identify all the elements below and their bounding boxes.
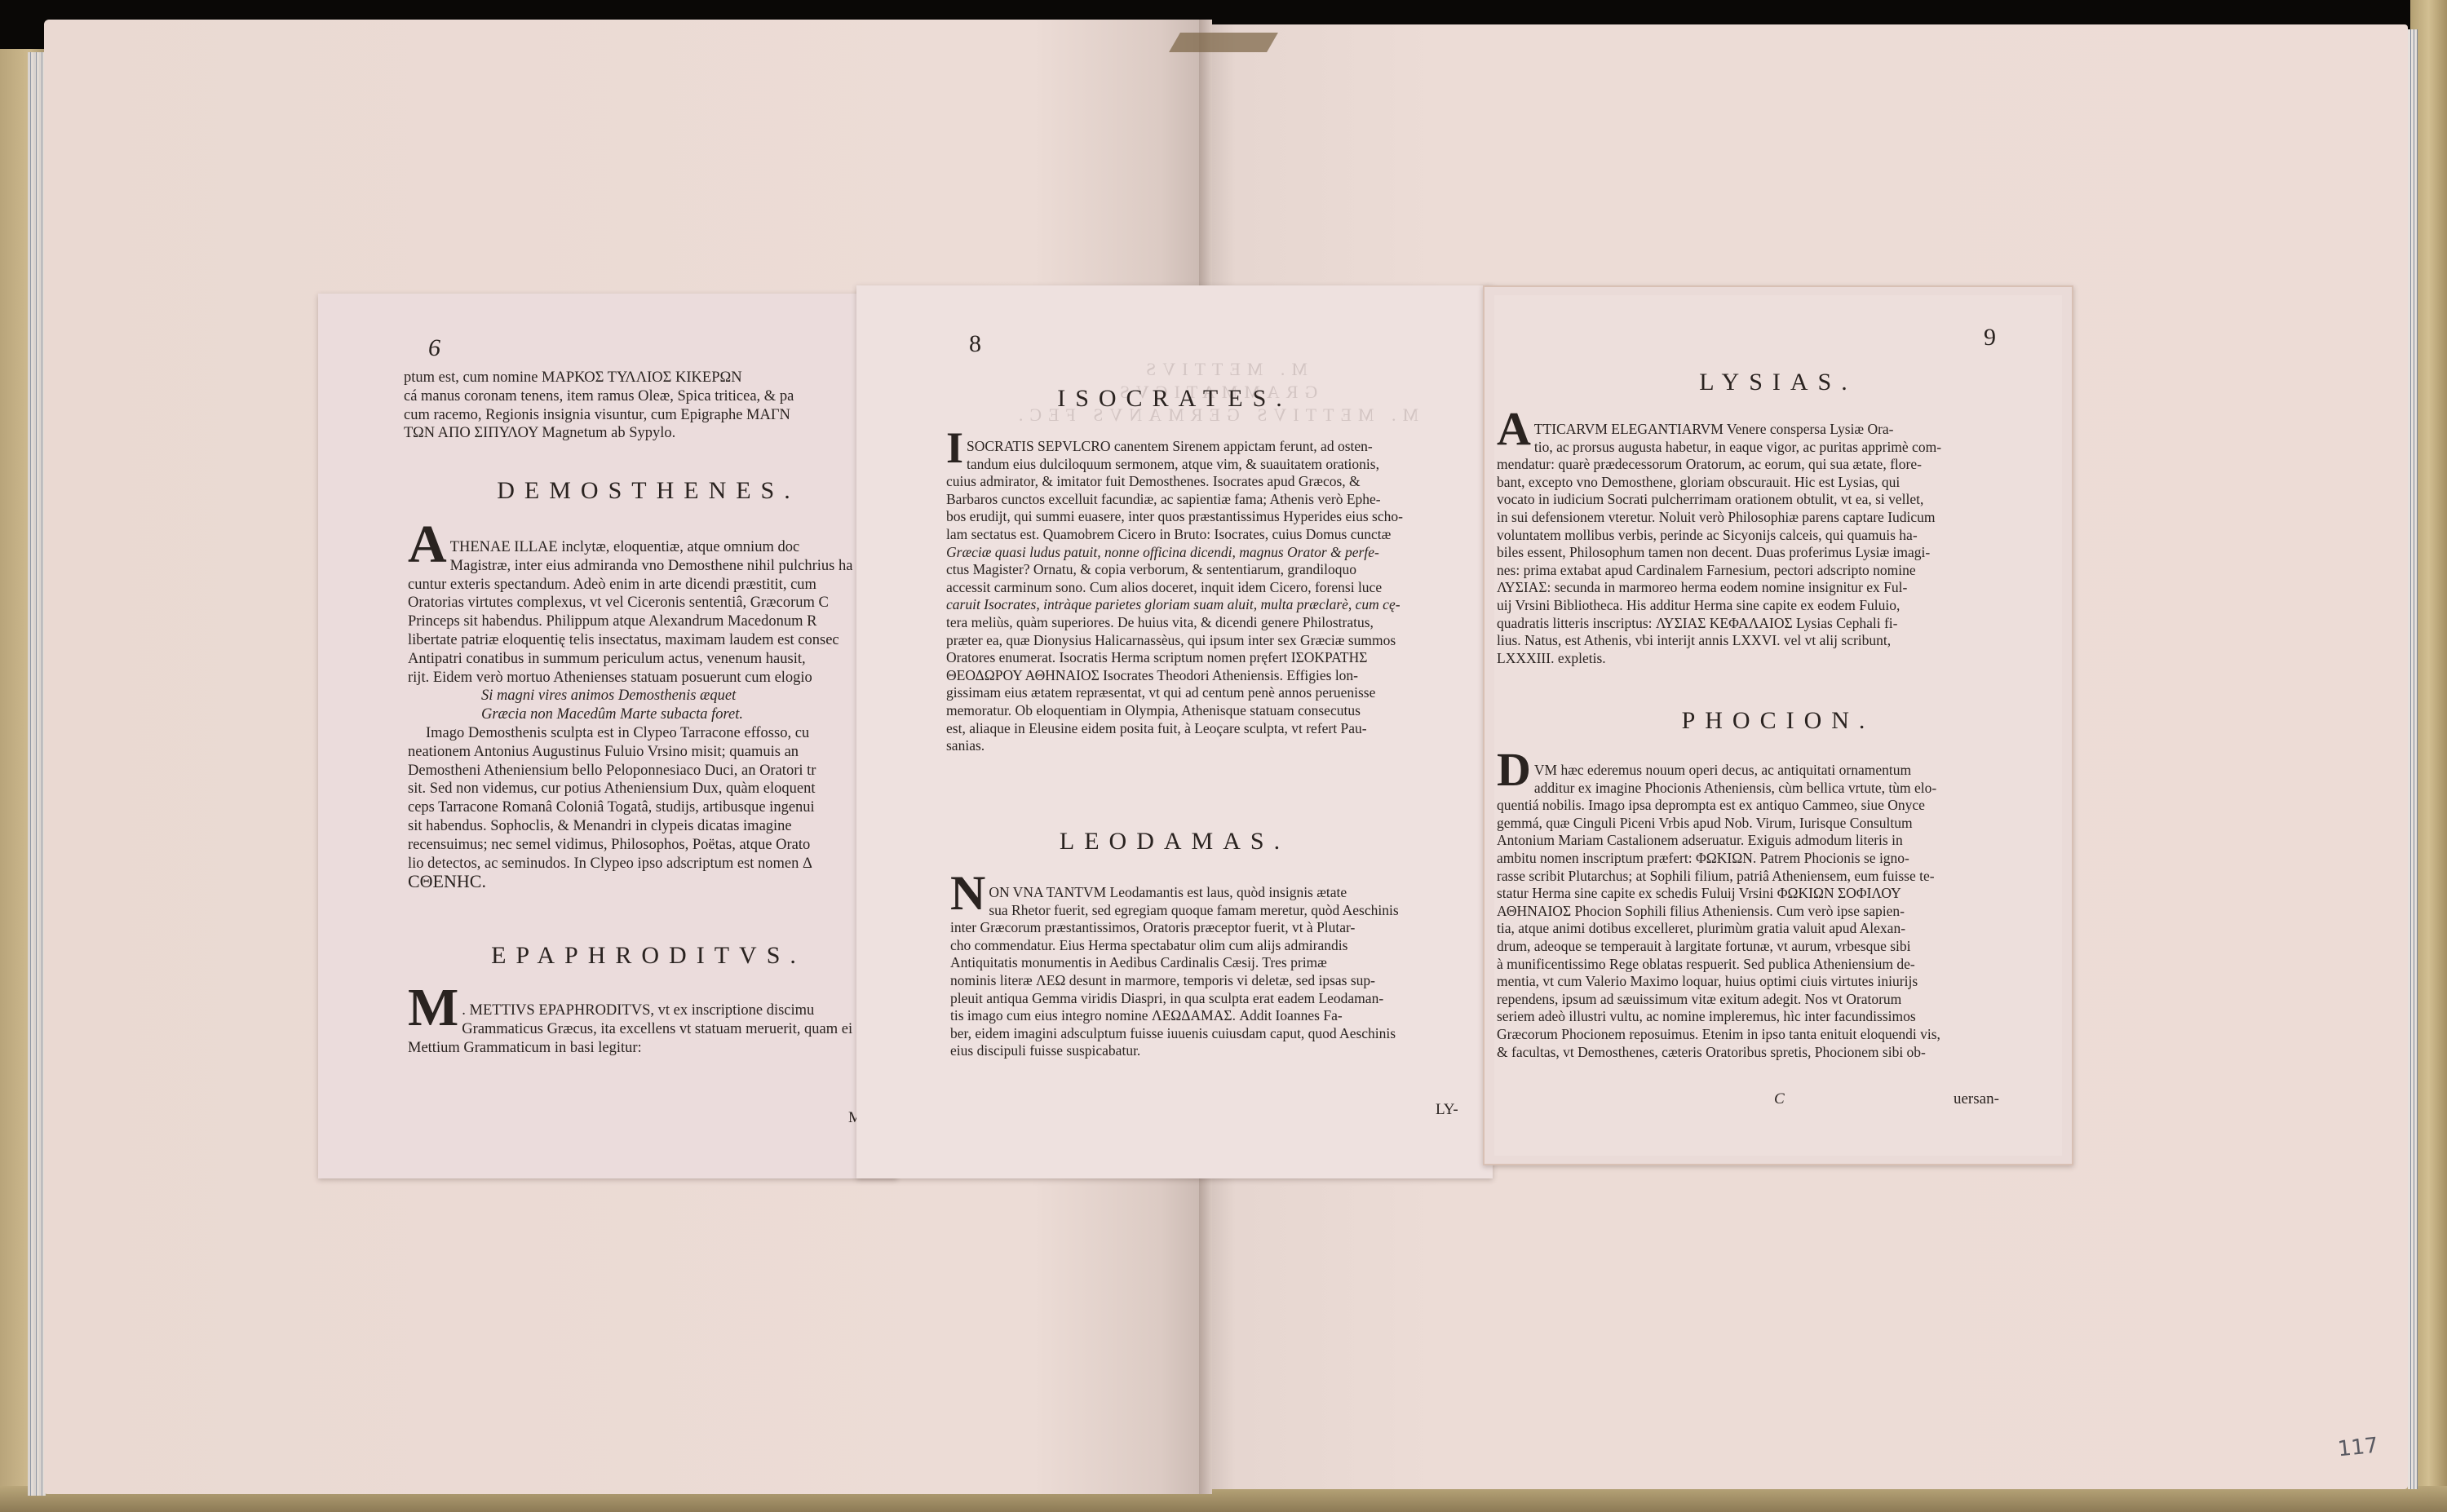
verse-line: Græcia non Macedûm Marte subacta foret.: [408, 705, 881, 724]
drop-cap: A: [1497, 411, 1531, 447]
text-line: libertate patriæ eloquentię telis insect…: [408, 631, 881, 650]
text-line: memoratur. Ob eloquentiam in Olympia, At…: [946, 702, 1448, 720]
text-line: Magistræ, inter eius admiranda vno Demos…: [450, 557, 881, 576]
section-title-epaphroditus: EPAPHRODITVS.: [400, 942, 897, 970]
text-line: seriem adeò illustri vultu, ac nomine im…: [1497, 1008, 2027, 1026]
text-line: pleuit antiqua Gemma viridis Diaspri, in…: [950, 990, 1448, 1008]
page-edges-left: [28, 52, 46, 1496]
text-line: Antonium Mariam Castalionem adseruatur. …: [1497, 832, 2027, 850]
section-title-leodamas: LEODAMAS.: [856, 828, 1493, 855]
text-line: est, aliaque in Eleusine eidem posita fu…: [946, 720, 1448, 738]
text-line: ON VNA TANTVM Leodamantis est laus, quòd…: [989, 873, 1448, 902]
section-title-phocion: PHOCION.: [1485, 707, 2072, 735]
section-title-isocrates: ISOCRATES.: [856, 385, 1493, 413]
section-body-phocion: D VM hæc ederemus nouum operi decus, ac …: [1497, 750, 2027, 1061]
text-line: gissimam eius ætatem repræsentat, vt qui…: [946, 684, 1448, 702]
text-line: voluntatem mollibus verbis, perinde ac S…: [1497, 527, 2027, 545]
text-line: sua Rhetor fuerit, sed egregiam quoque f…: [989, 902, 1448, 920]
text-line: eius discipuli fuisse suspicabatur.: [950, 1042, 1448, 1060]
text-line: quentiá nobilis. Imago ipsa deprompta es…: [1497, 797, 2027, 815]
text-line: Antipatri conatibus in summum periculum …: [408, 650, 881, 669]
text-line: Græcorum Phocionem reposuimus. Etenim in…: [1497, 1026, 2027, 1044]
text-line: cuius admirator, & imitator fuit Demosth…: [946, 473, 1448, 491]
page-number: 6: [428, 334, 440, 362]
text-line: ΛΥΣΙΑΣ: secunda in marmoreo herma eodem …: [1497, 579, 2027, 597]
text-line: Græciæ quasi ludus patuit, nonne officin…: [946, 544, 1448, 562]
text-line: bant, excepto vno Demosthene, gloriam ob…: [1497, 474, 2027, 492]
section-body-isocrates: I SOCRATIS SEPVLCRO canentem Sirenem app…: [946, 428, 1448, 755]
text-line: Barbaros cunctos excelluit facundiæ, ac …: [946, 491, 1448, 509]
text-line: rependens, ipsum ad sæuissimum vitæ exit…: [1497, 991, 2027, 1009]
text-line: præter ea, quæ Dionysius Halicarnassèus,…: [946, 632, 1448, 650]
book-spine-top: [1169, 33, 1278, 52]
text-line: sit habendus. Sophoclis, & Menandri in c…: [408, 817, 881, 836]
text-line: cum racemo, Regionis insignia visuntur, …: [404, 406, 881, 425]
section-body-epaphroditus: M . METTIVS EPAPHRODITVS, vt ex inscript…: [408, 985, 881, 1057]
text-line: caruit Isocrates, intràque parietes glor…: [946, 596, 1448, 614]
section-body-demosthenes: A THENAE ILLAE inclytæ, eloquentiæ, atqu…: [408, 522, 881, 891]
text-line: ber, eidem imagini adsculptum fuisse iuu…: [950, 1025, 1448, 1043]
text-line: Antiquitatis monumentis in Aedibus Cardi…: [950, 954, 1448, 972]
text-line: ΘΕΟΔΩΡΟΥ ΑΘΗΝΑΙΟΣ Isocrates Theodori Ath…: [946, 667, 1448, 685]
drop-cap: D: [1497, 752, 1531, 788]
text-line: sanias.: [946, 737, 1448, 755]
text-line: Oratores enumerat. Isocratis Herma scrip…: [946, 649, 1448, 667]
text-line: sit. Sed non videmus, cur potius Athenie…: [408, 780, 881, 798]
text-line: in sui defensionem vteretur. Noluit verò…: [1497, 509, 2027, 527]
text-line: tis imago cum eius integro nomine ΛΕΩΔΑΜ…: [950, 1007, 1448, 1025]
text-line: ceps Tarracone Romanâ Coloniâ Togatâ, st…: [408, 798, 881, 817]
text-line: ambitu nomen inscriptum præfert: ΦΩΚΙΩΝ.…: [1497, 850, 2027, 868]
text-line: additur ex imagine Phocionis Atheniensis…: [1534, 780, 2027, 798]
text-line: lius. Natus, est Athenis, vbi interijt a…: [1497, 632, 2027, 650]
text-line: cuntur exteris spectandum. Adeò enim in …: [408, 576, 881, 595]
tipped-in-sheet-page-9: 9 LYSIAS. A TTICARVM ELEGANTIARVM Venere…: [1483, 285, 2073, 1165]
tipped-in-sheet-page-8: M. METTIVS GRAMMATICVS M. METTIVS GERMAN…: [856, 285, 1493, 1178]
text-line: Grammaticus Græcus, ita excellens vt sta…: [462, 1020, 881, 1039]
text-line: . METTIVS EPAPHRODITVS, vt ex inscriptio…: [462, 985, 881, 1020]
text-line: ctus Magister? Ornatu, & copia verborum,…: [946, 561, 1448, 579]
signature-mark: C: [1774, 1090, 1785, 1108]
drop-cap: N: [950, 874, 985, 912]
text-line: Demostheni Atheniensium bello Peloponnes…: [408, 762, 881, 780]
text-line: vocato in iudicium Socrati pulcherrimam …: [1497, 491, 2027, 509]
text-line: mentia, vt cum Valerio Maximo loquar, hu…: [1497, 973, 2027, 991]
pencil-folio-number: 117: [2337, 1433, 2380, 1461]
text-line: VM hæc ederemus nouum operi decus, ac an…: [1534, 750, 2027, 780]
text-line: Imago Demosthenis sculpta est in Clypeo …: [408, 724, 881, 743]
text-line: accessit carminum sono. Cum alios docere…: [946, 579, 1448, 597]
text-line: à munificentissimo Rege oblatas respueri…: [1497, 956, 2027, 974]
bleed-through-text: M. METTIVS: [1101, 359, 1346, 380]
text-line: uij Vrsini Bibliotheca. His additur Herm…: [1497, 597, 2027, 615]
text-line: Princeps sit habendus. Philippum atque A…: [408, 612, 881, 631]
page-number: 8: [969, 330, 981, 358]
opening-text: ptum est, cum nomine ΜΑΡΚΟΣ ΤΥΛΛΙΟΣ ΚΙΚΕ…: [404, 369, 881, 443]
text-line: lio detectos, ac seminudos. In Clypeo ip…: [408, 855, 881, 873]
text-line: LXXXIII. expletis.: [1497, 650, 2027, 668]
text-line: CΘENHC.: [408, 873, 881, 891]
catchword: uersan-: [1954, 1090, 1999, 1108]
text-line: THENAE ILLAE inclytæ, eloquentiæ, atque …: [450, 522, 881, 557]
text-line: quadratis litteris inscriptus: ΛΥΣΙΑΣ ΚΕ…: [1497, 615, 2027, 633]
text-line: tera meliùs, quàm superiores. De huius v…: [946, 614, 1448, 632]
page-edges-right: [2408, 29, 2418, 1489]
text-line: & facultas, vt Demosthenes, cæteris Orat…: [1497, 1044, 2027, 1062]
text-line: SOCRATIS SEPVLCRO canentem Sirenem appic…: [967, 428, 1448, 456]
tipped-in-sheet-page-6: 6 ptum est, cum nomine ΜΑΡΚΟΣ ΤΥΛΛΙΟΣ ΚΙ…: [318, 294, 897, 1178]
drop-cap: I: [946, 430, 963, 466]
page-number: 9: [1984, 324, 1996, 351]
text-line: mendatur: quarè prædecessorum Oratorum, …: [1497, 456, 2027, 474]
text-line: cá manus coronam tenens, item ramus Oleæ…: [404, 387, 881, 406]
text-line: ΤΩΝ ΑΠΟ ΣΙΠΥΛΟΥ Magnetum ab Sypylo.: [404, 424, 881, 443]
text-line: biles essent, Philosophum tamen non dece…: [1497, 544, 2027, 562]
section-body-leodamas: N ON VNA TANTVM Leodamantis est laus, qu…: [950, 873, 1448, 1060]
text-line: tandum eius dulciloquum sermonem, atque …: [967, 456, 1448, 474]
verse-line: Si magni vires animos Demosthenis æquet: [408, 687, 881, 705]
text-line: cho commendatur. Eius Herma spectabatur …: [950, 937, 1448, 955]
text-line: bos erudijt, qui summi euasere, inter qu…: [946, 508, 1448, 526]
section-title-lysias: LYSIAS.: [1485, 369, 2072, 396]
section-title-demosthenes: DEMOSTHENES.: [400, 477, 897, 505]
drop-cap: A: [408, 524, 447, 566]
text-line: nes: prima extabat apud Cardinalem Farne…: [1497, 562, 2027, 580]
catchword: LY-: [1436, 1101, 1458, 1119]
text-line: statur Herma sine capite ex schedis Fulu…: [1497, 885, 2027, 903]
text-line: ptum est, cum nomine ΜΑΡΚΟΣ ΤΥΛΛΙΟΣ ΚΙΚΕ…: [404, 369, 881, 387]
text-line: neationem Antonius Augustinus Fuluio Vrs…: [408, 743, 881, 762]
text-line: nominis literæ ΛΕΩ desunt in marmore, te…: [950, 972, 1448, 990]
text-line: rasse scribit Plutarchus; at Sophili fil…: [1497, 868, 2027, 886]
text-line: rijt. Eidem verò mortuo Athenienses stat…: [408, 669, 881, 687]
text-line: recensuimus; nec semel vidimus, Philosop…: [408, 836, 881, 855]
drop-cap: M: [408, 987, 458, 1029]
text-line: ΑΘΗΝΑΙΟΣ Phocion Sophili filius Athenien…: [1497, 903, 2027, 921]
text-line: tio, ac prorsus augusta habetur, in eaqu…: [1534, 439, 2027, 457]
text-line: tia, atque animi dotibus excelleret, plu…: [1497, 920, 2027, 938]
text-line: TTICARVM ELEGANTIARVM Venere conspersa L…: [1534, 409, 2027, 439]
text-line: Mettium Grammaticum in basi legitur:: [408, 1039, 881, 1058]
text-line: drum, adeoque se temperauit à largitate …: [1497, 938, 2027, 956]
section-body-lysias: A TTICARVM ELEGANTIARVM Venere conspersa…: [1497, 409, 2027, 667]
text-line: lam sectatus est. Quamobrem Cicero in Br…: [946, 526, 1448, 544]
text-line: gemmá, quæ Cinguli Piceni Vrbis apud Nob…: [1497, 815, 2027, 833]
text-line: inter Græcorum præstantissimos, Oratoris…: [950, 919, 1448, 937]
text-line: Oratorias virtutes complexus, vt vel Cic…: [408, 594, 881, 612]
